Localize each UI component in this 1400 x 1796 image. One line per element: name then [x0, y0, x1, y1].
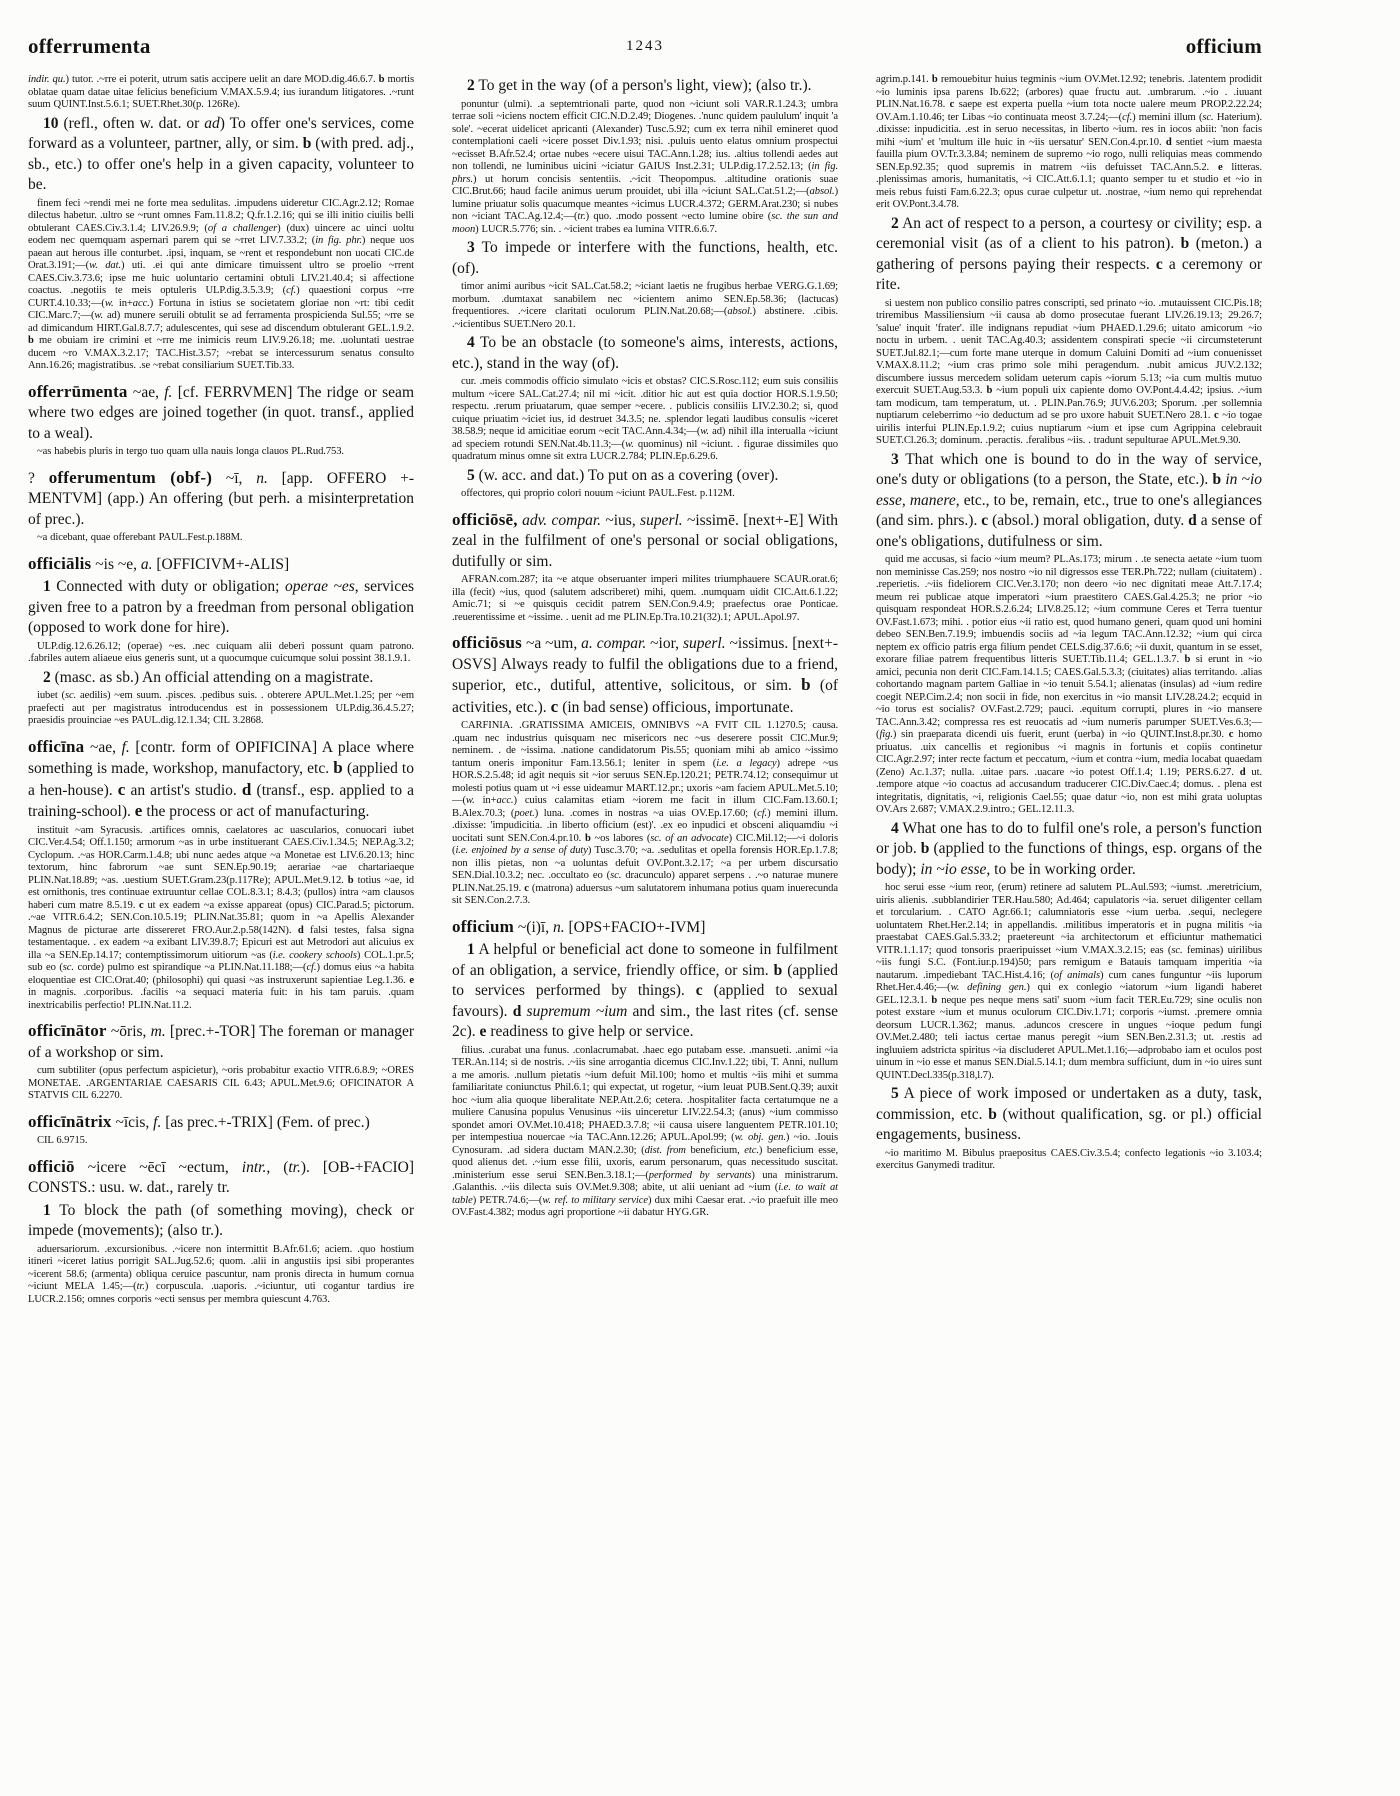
- citation-paragraph: CIL 6.9715.: [28, 1135, 414, 1148]
- entry-headword-paragraph: officīnātor ~ōris, m. [prec.+-TOR] The f…: [28, 1021, 414, 1063]
- text-column-2: 2 To get in the way (of a person's light…: [452, 74, 838, 1222]
- citation-paragraph: ~as habebis pluris in tergo tuo quam ull…: [28, 446, 414, 459]
- sense-definition-paragraph: 3 To impede or interfere with the functi…: [452, 238, 838, 279]
- citation-paragraph: cur. .meis commodis officio simulato ~ic…: [452, 376, 838, 464]
- sense-definition-paragraph: 1 To block the path (of something moving…: [28, 1201, 414, 1242]
- entry-headword-paragraph: officīna ~ae, f. [contr. form of OPIFICI…: [28, 737, 414, 823]
- citation-paragraph: ponuntur (ulmi). .a septemtrionali parte…: [452, 99, 838, 237]
- citation-paragraph: hoc serui esse ~ium reor, (erum) retiner…: [876, 882, 1262, 1082]
- running-head-right: officium: [876, 34, 1262, 59]
- citation-paragraph: agrim.p.141. b remouebitur huius tegmini…: [876, 74, 1262, 212]
- citation-paragraph: timor animi auribus ~icit SAL.Cat.58.2; …: [452, 281, 838, 331]
- sense-definition-paragraph: 3 That which one is bound to do in the w…: [876, 450, 1262, 553]
- citation-paragraph: quid me accusas, si facio ~ium meum? PL.…: [876, 554, 1262, 817]
- entry-headword-paragraph: ? offerumentum (obf-) ~ī, n. [app. OFFER…: [28, 468, 414, 531]
- sense-definition-paragraph: 2 (masc. as sb.) An official attending o…: [28, 668, 414, 689]
- text-column-1: indir. qu.) tutor. .~rre ei poterit, utr…: [28, 74, 414, 1308]
- page-number: 1243: [452, 38, 838, 55]
- citation-paragraph: AFRAN.com.287; ita ~e atque obseruanter …: [452, 574, 838, 624]
- citation-paragraph: ~io maritimo M. Bibulus praepositus CAES…: [876, 1148, 1262, 1173]
- citation-paragraph: instituit ~am Syracusis. .artifices omni…: [28, 825, 414, 1013]
- citation-paragraph: ~a dicebant, quae offerebant PAUL.Fest.p…: [28, 532, 414, 545]
- entry-headword-paragraph: officiālis ~is ~e, a. [OFFICIVM+-ALIS]: [28, 554, 414, 576]
- entry-headword-paragraph: officiōsē, adv. compar. ~ius, superl. ~i…: [452, 510, 838, 573]
- entry-headword-paragraph: officiōsus ~a ~um, a. compar. ~ior, supe…: [452, 633, 838, 718]
- citation-paragraph: CARFINIA. .GRATISSIMA AMICEIS, OMNIBVS ~…: [452, 720, 838, 908]
- citation-paragraph: ULP.dig.12.6.26.12; (operae) ~es. .nec c…: [28, 641, 414, 666]
- citation-paragraph: filius. .curabat una funus. .conlacrumab…: [452, 1045, 838, 1220]
- sense-definition-paragraph: 5 A piece of work imposed or undertaken …: [876, 1084, 1262, 1146]
- text-column-3: agrim.p.141. b remouebitur huius tegmini…: [876, 74, 1262, 1175]
- citation-paragraph: si uestem non publico consilio patres co…: [876, 298, 1262, 448]
- entry-headword-paragraph: officīnātrix ~īcis, f. [as prec.+-TRIX] …: [28, 1112, 414, 1134]
- sense-definition-paragraph: 2 An act of respect to a person, a court…: [876, 214, 1262, 296]
- running-head-left: offerrumenta: [28, 34, 151, 59]
- entry-headword-paragraph: officiō ~icere ~ēcī ~ectum, intr., (tr.)…: [28, 1157, 414, 1199]
- sense-definition-paragraph: 5 (w. acc. and dat.) To put on as a cove…: [452, 466, 838, 487]
- citation-paragraph: indir. qu.) tutor. .~rre ei poterit, utr…: [28, 74, 414, 112]
- sense-definition-paragraph: 4 To be an obstacle (to someone's aims, …: [452, 333, 838, 374]
- sense-definition-paragraph: 2 To get in the way (of a person's light…: [452, 76, 838, 97]
- sense-definition-paragraph: 1 Connected with duty or obligation; ope…: [28, 577, 414, 639]
- entry-headword-paragraph: officium ~(i)ī, n. [OPS+FACIO+-IVM]: [452, 917, 838, 939]
- citation-paragraph: offectores, qui proprio colori nouum ~ic…: [452, 488, 838, 501]
- dictionary-page: offerrumenta 1243 officium indir. qu.) t…: [0, 0, 1400, 1796]
- citation-paragraph: finem feci ~rendi mei ne forte mea sedul…: [28, 198, 414, 373]
- citation-paragraph: iubet (sc. aedilis) ~em suum. .pisces. .…: [28, 690, 414, 728]
- sense-definition-paragraph: 10 (refl., often w. dat. or ad) To offer…: [28, 114, 414, 196]
- citation-paragraph: cum subtiliter (opus perfectum aspicietu…: [28, 1065, 414, 1103]
- entry-headword-paragraph: offerrūmenta ~ae, f. [cf. FERRVMEN] The …: [28, 382, 414, 445]
- sense-definition-paragraph: 1 A helpful or beneficial act done to so…: [452, 940, 838, 1043]
- citation-paragraph: aduersariorum. .excursionibus. .~icere n…: [28, 1244, 414, 1307]
- sense-definition-paragraph: 4 What one has to do to fulfil one's rol…: [876, 819, 1262, 881]
